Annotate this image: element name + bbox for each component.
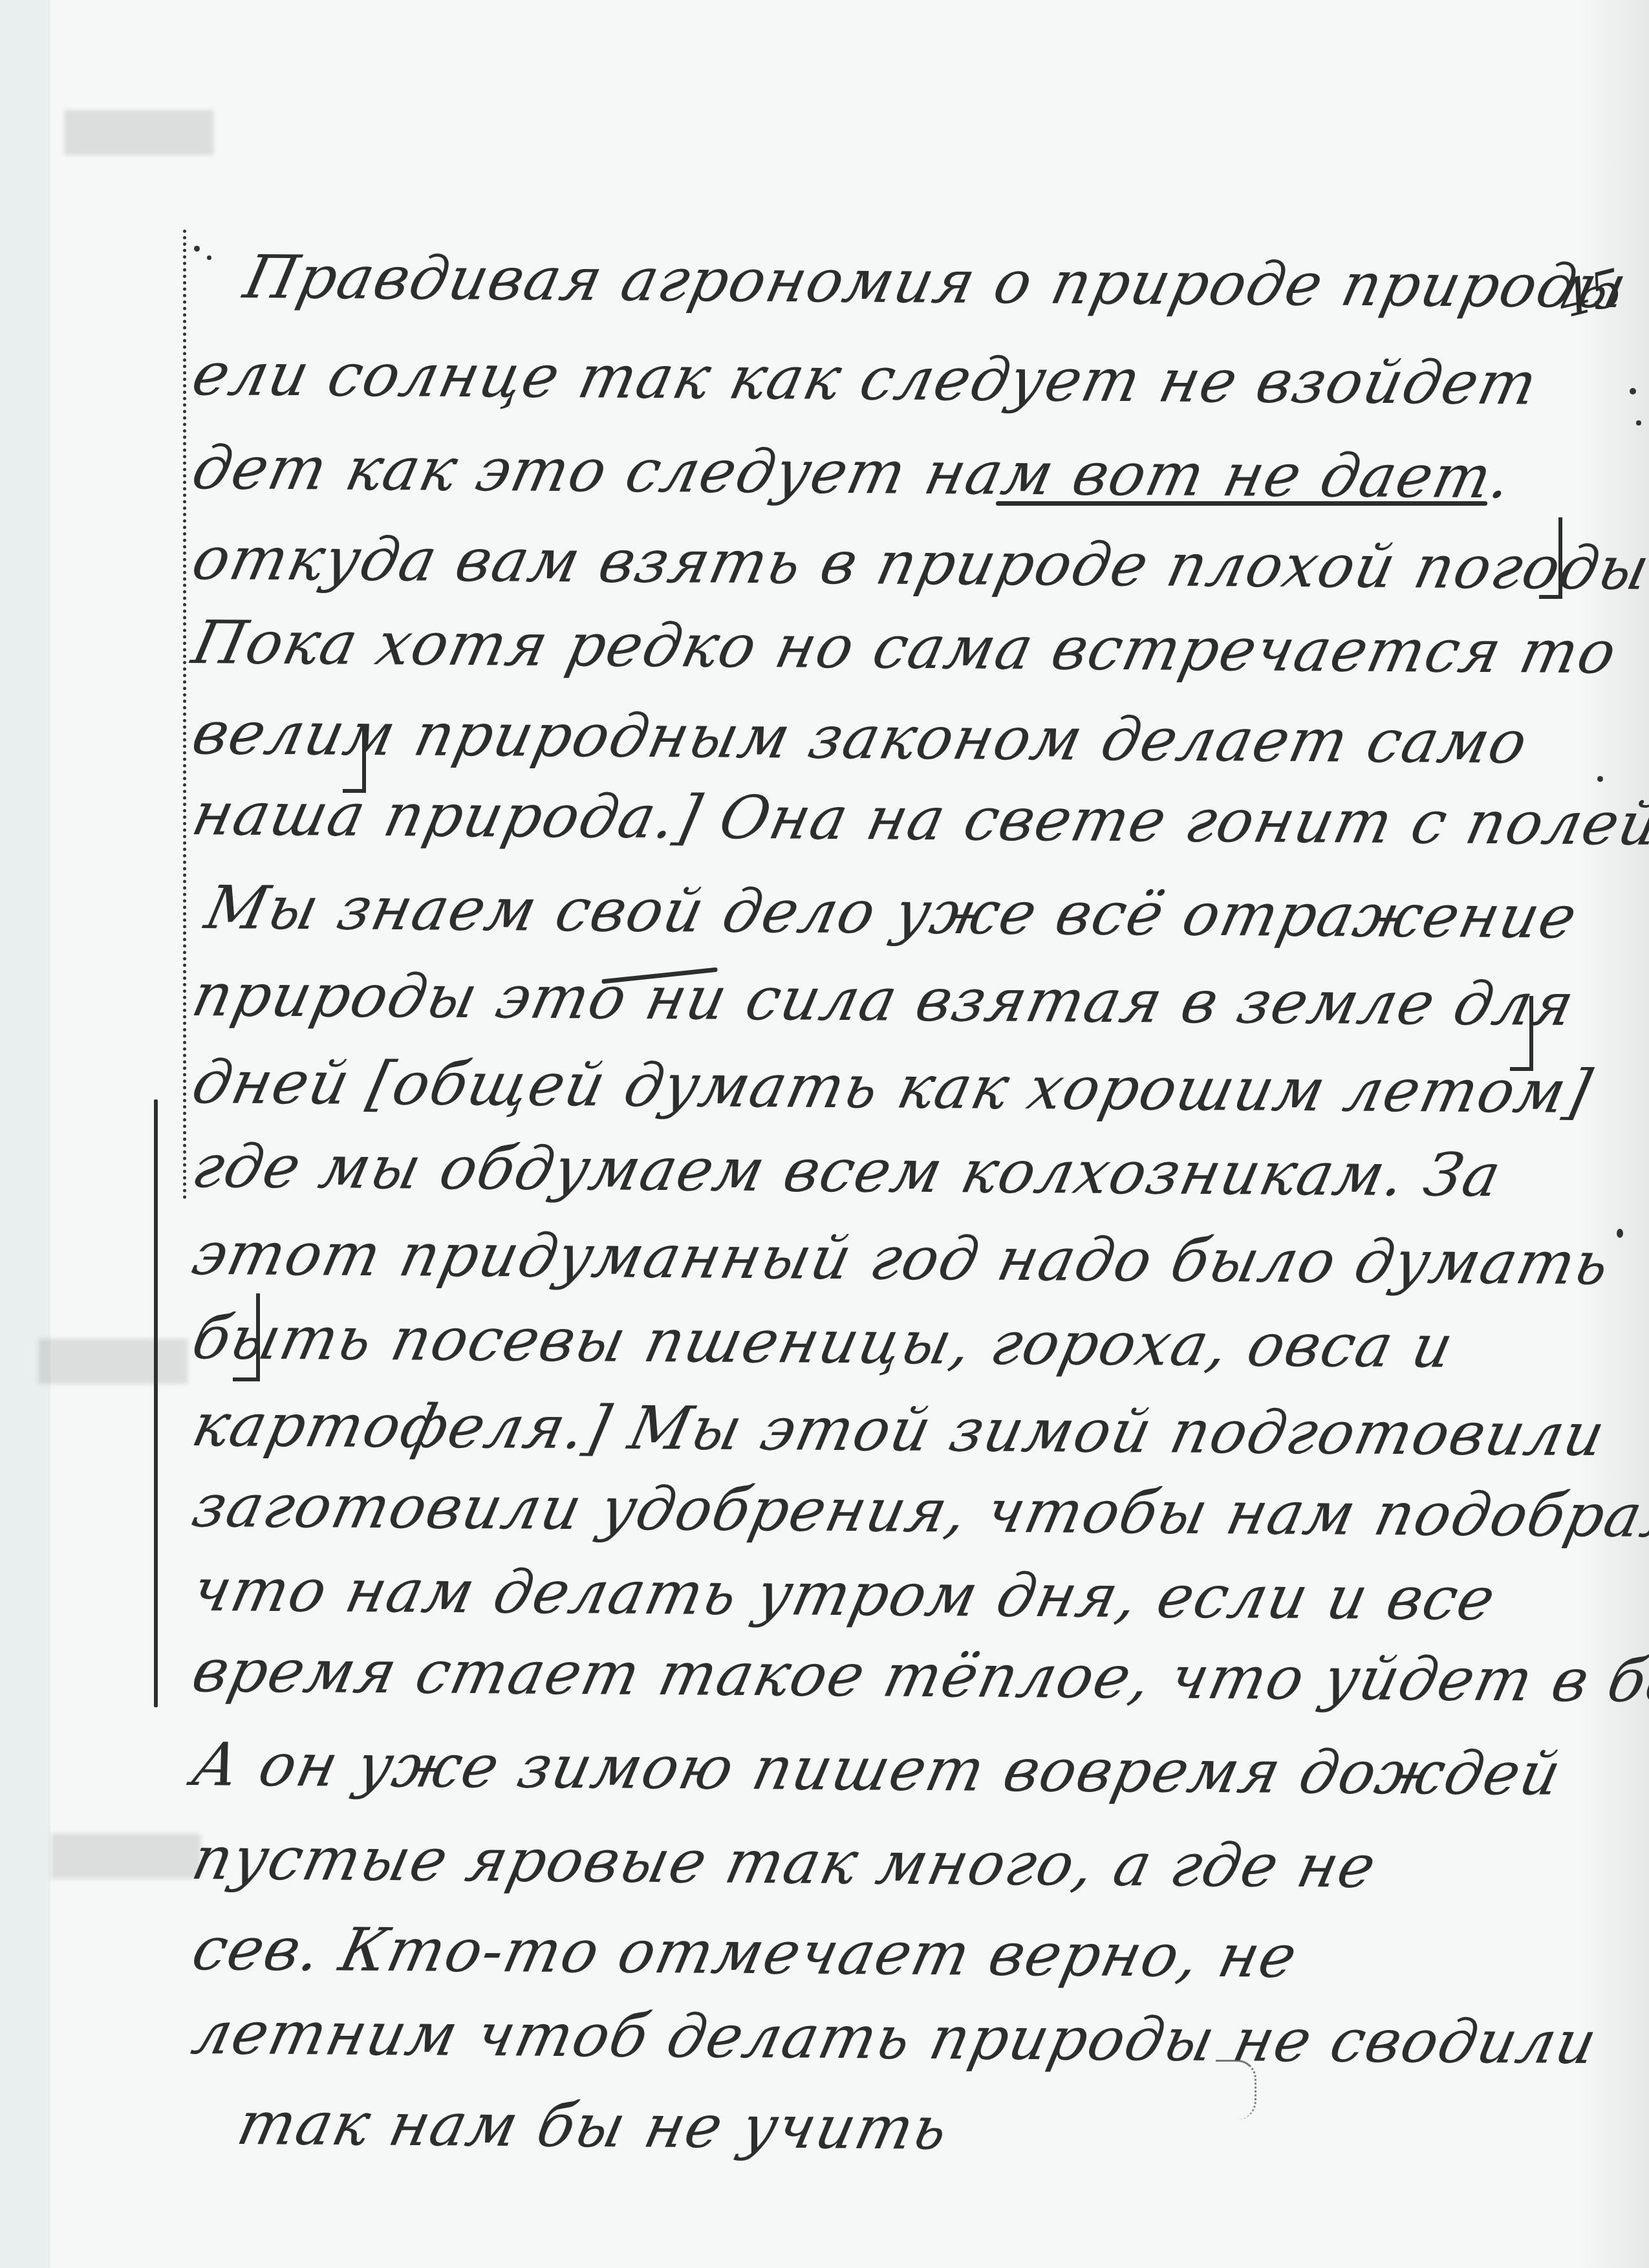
ink-speck <box>207 255 211 260</box>
manuscript-line: так нам бы не учить <box>232 2089 955 2163</box>
manuscript-line: пустые яровые так много, а где не <box>186 1824 1383 1901</box>
manuscript-line: сев. Кто-то отмечает верно, не <box>186 1914 1304 1991</box>
manuscript-line: дней [общей думать как хорошим летом] <box>186 1048 1598 1127</box>
copier-smudge-middle <box>39 1339 188 1384</box>
manuscript-line: наша природа.] Она на свете гонит с поле… <box>186 779 1649 859</box>
manuscript-line: природы это ни сила взятая в земле для <box>186 960 1581 1039</box>
manuscript-line: ели солнце так как следует не взойдет <box>186 340 1544 418</box>
underline-mark <box>996 501 1487 506</box>
manuscript-line: этот придуманный год надо было думать <box>186 1219 1617 1298</box>
margin-rule-solid <box>154 1099 158 1707</box>
manuscript-line: быть посевы пшеницы, гороха, овса и <box>186 1303 1460 1381</box>
copier-smudge-top <box>65 110 213 155</box>
manuscript-line: заготовили удобрения, чтобы нам подобрал… <box>186 1471 1649 1551</box>
manuscript-line: картофеля.] Мы этой зимой подготовили <box>186 1390 1612 1469</box>
margin-rule-dotted <box>183 230 186 1200</box>
scan-left-edge <box>0 0 50 2268</box>
manuscript-line: что нам делать утром дня, если и все <box>186 1555 1502 1634</box>
ink-speck <box>1636 420 1641 426</box>
bracket-mark <box>233 1293 260 1381</box>
manuscript-line: время стает такое тёплое, что уйдет в бо… <box>186 1636 1649 1717</box>
manuscript-line: А он уже зимою пишет вовремя дождей <box>186 1730 1568 1809</box>
manuscript-line: где мы обдумаем всем колхозникам. За <box>186 1132 1508 1210</box>
ink-speck <box>1597 776 1603 782</box>
manuscript-line: дет как это следует нам вот не дает. <box>186 433 1519 512</box>
bracket-mark <box>1539 517 1562 599</box>
ink-artifact <box>1216 2060 1256 2120</box>
ink-speck <box>1630 388 1636 394</box>
manuscript-line: откуда вам взять в природе плохой погоды <box>186 524 1649 603</box>
manuscript-line: летним чтоб делать природы не сводили <box>186 1998 1604 2077</box>
copier-smudge-bottom <box>52 1833 200 1879</box>
manuscript-line: Мы знаем свой дело уже всё отражение <box>199 873 1584 952</box>
manuscript-line: Правдивая агрономия о природе природы <box>238 243 1633 321</box>
ink-speck <box>1617 1229 1623 1238</box>
manuscript-line: Пока хотя редко но сама встречается то <box>186 608 1623 687</box>
scan-right-shadow <box>1578 0 1649 2268</box>
bracket-mark <box>343 724 366 793</box>
bracket-mark <box>1510 996 1533 1071</box>
manuscript-line: велим природным законом делает само <box>186 698 1535 777</box>
ink-speck <box>194 246 200 252</box>
